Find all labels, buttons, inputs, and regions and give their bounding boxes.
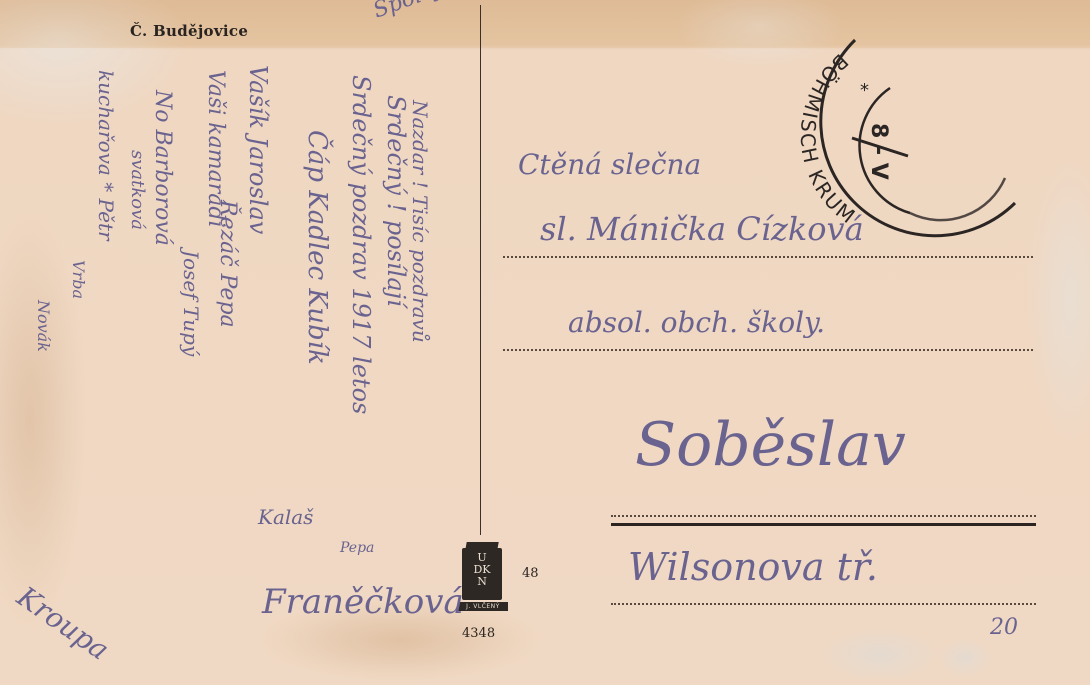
logo-banner: J. VLČENÝ — [458, 602, 508, 611]
message-line: Srdečný pozdrav 1917 letos — [347, 75, 375, 414]
address-line-4 — [611, 603, 1036, 605]
series-number: 48 — [522, 566, 539, 581]
signature: Kalaš — [258, 505, 313, 529]
logo-letter-n: N — [462, 576, 502, 588]
address-salutation: Ctěná slečna — [518, 148, 701, 181]
message-line: Vašík Jaroslav — [244, 65, 272, 234]
address-solid-rule — [611, 523, 1036, 526]
address-recipient: sl. Mánička Cízková — [540, 210, 864, 248]
book-emblem: U DK N — [462, 548, 502, 600]
signature: Pepa — [340, 540, 374, 556]
message-line: Nazdar ! Tisíc pozdravů — [408, 100, 432, 343]
address-title: absol. obch. školy. — [568, 306, 825, 339]
message-line: Srdečný ! posílají — [382, 95, 410, 307]
signature: Franěčková — [262, 582, 464, 622]
publisher-logo: U DK N J. VLČENÝ — [458, 540, 508, 618]
message-line: No Barborová — [150, 90, 175, 246]
message-line: kuchařova * Pětr — [94, 70, 118, 241]
message-line: Čáp Kadlec Kubík — [302, 130, 332, 365]
center-divider — [480, 5, 481, 535]
message-line: Novák — [34, 300, 53, 352]
address-line-3 — [611, 515, 1036, 517]
address-line-2 — [503, 349, 1033, 351]
message-line: Josef Tupý — [179, 250, 203, 356]
catalog-number: 4348 — [462, 626, 495, 641]
place-heading: Č. Budějovice — [130, 22, 248, 40]
address-town: Soběslav — [635, 410, 906, 480]
postcard-back: Č. Budějovice U DK N J. VLČENÝ 48 4348 B… — [0, 0, 1090, 685]
message-line: Vaši kamarádi — [203, 70, 228, 227]
message-line: svatková — [127, 150, 148, 230]
signature: Kroupa — [11, 580, 115, 667]
postmark-date: 8 - V — [866, 123, 891, 180]
address-line-1 — [503, 256, 1033, 258]
postmark-star: * — [860, 80, 869, 101]
address-street: Wilsonova tř. — [628, 545, 878, 589]
corner-mark: 20 — [990, 615, 1018, 640]
message-line: Vrba — [69, 260, 88, 299]
